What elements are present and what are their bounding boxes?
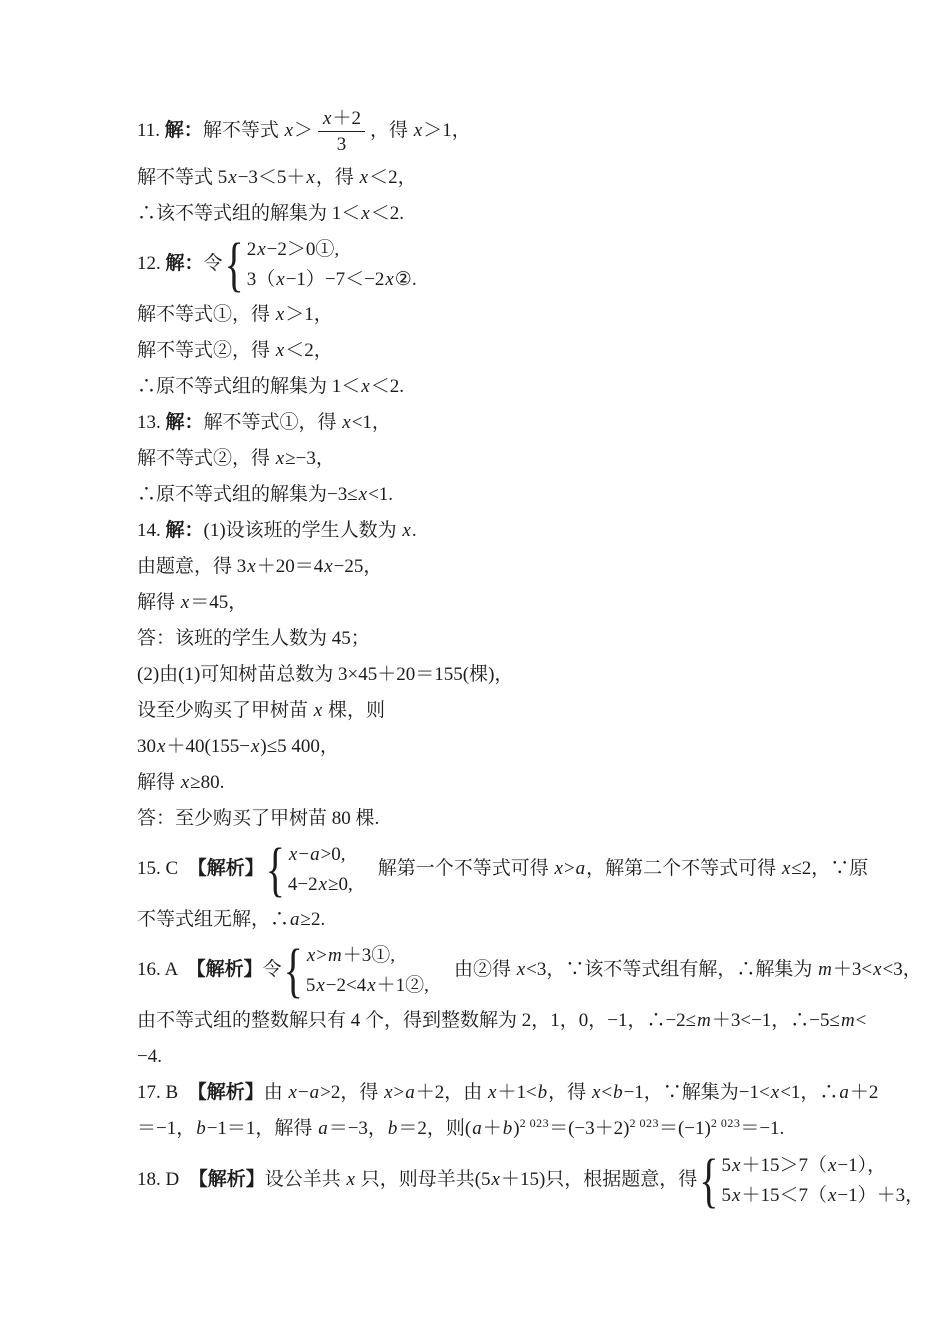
math-variable: x <box>287 1082 297 1103</box>
page: { "page": { "background": "#ffffff", "te… <box>0 0 950 1344</box>
math-variable: b <box>195 1118 207 1139</box>
text-run: 由②得 <box>435 959 516 980</box>
text-run: <3， <box>883 959 922 980</box>
text-line: 解不等式②，得 x＜2， <box>137 338 837 364</box>
text-run: ②. <box>395 269 417 290</box>
math-variable: x <box>487 1082 497 1103</box>
text-run: 3（ <box>247 269 276 290</box>
text-line: 解不等式②，得 x≥−3， <box>137 446 837 472</box>
text-run: ，得 <box>548 1082 591 1103</box>
text-line: ∴原不等式组的解集为 1＜x＜2. <box>137 374 837 400</box>
math-variable: x <box>275 340 285 361</box>
text-run: ，得 <box>370 120 413 141</box>
text-line: 由不等式组的整数解只有 4 个，得到整数解为 2，1，0，−1，∴−2≤m＋3<… <box>137 1008 837 1034</box>
text-run: 30 <box>137 736 156 757</box>
text-run: 14. <box>137 520 166 541</box>
text-run: <1，∴ <box>780 1082 838 1103</box>
text-run: 解不等式②，得 <box>137 340 275 361</box>
text-run: −1）−7＜−2 <box>286 269 385 290</box>
math-variable: x <box>323 556 333 577</box>
equation-row: 3（x−1）−7＜−2x②. <box>247 267 417 292</box>
left-brace-icon: { <box>699 1151 718 1211</box>
math-variable: x <box>359 167 369 188</box>
text-run: −2<4 <box>326 975 366 996</box>
left-brace-icon: { <box>225 235 244 295</box>
text-line: 12. 解：令{2x−2＞0①,3（x−1）−7＜−2x②. <box>137 237 837 292</box>
math-variable: x <box>275 269 285 290</box>
text-run: < <box>601 1082 612 1103</box>
text-run: 解第一个不等式可得 <box>359 858 554 879</box>
equation-system: {x>m＋3①,5x−2<4x＋1②, <box>284 943 429 998</box>
equation-row: x>m＋3①, <box>306 943 429 968</box>
text-line: 17. B 【解析】由 x−a>2，得 x>a＋2，由 x＋1<b，得 x<b−… <box>137 1080 837 1106</box>
text-line: 不等式组无解，∴a≥2. <box>137 907 837 933</box>
math-variable: x <box>516 959 526 980</box>
text-run: ＝−3， <box>329 1118 387 1139</box>
text-run: ＝2，则( <box>398 1118 471 1139</box>
text-run: 解不等式②，得 <box>137 448 275 469</box>
equation-row: x−a>0, <box>288 842 353 867</box>
math-variable: b <box>537 1082 549 1103</box>
text-run: − <box>298 844 309 865</box>
math-variable: x <box>305 167 315 188</box>
text-line: 解不等式 5x−3＜5＋x，得 x＜2， <box>137 165 837 191</box>
math-variable: x <box>360 203 370 224</box>
math-variable: x <box>275 304 285 325</box>
bold-label: 【解析】 <box>197 858 264 879</box>
text-run: −4. <box>137 1046 162 1067</box>
equation-row: 5x＋15＞7（x−1）， <box>722 1153 925 1178</box>
text-run: 5 <box>722 1185 732 1206</box>
text-run: ＋1< <box>497 1082 536 1103</box>
math-variable: b <box>502 1118 514 1139</box>
math-variable: x <box>591 1082 601 1103</box>
text-run: ＋20＝4 <box>257 556 324 577</box>
text-run: 5 <box>306 975 316 996</box>
text-run: 设至少购买了甲树苗 <box>137 700 313 721</box>
equation-rows: 2x−2＞0①,3（x−1）−7＜−2x②. <box>247 237 417 292</box>
text-run: ＋15)只，根据题意，得 <box>501 1169 697 1190</box>
text-line: 由题意，得 3x＋20＝4x−25， <box>137 554 837 580</box>
equation-row: 2x−2＞0①, <box>247 237 417 262</box>
text-run: (2)由(1)可知树苗总数为 3×45＋20＝155(棵)， <box>137 664 513 685</box>
text-run: <1， <box>352 412 391 433</box>
math-variable: x <box>275 448 285 469</box>
text-run: ＜2， <box>285 340 333 361</box>
math-variable: x <box>180 592 190 613</box>
text-run: − <box>298 1082 309 1103</box>
text-run: 解得 <box>137 592 180 613</box>
text-run: 16. A <box>137 959 196 980</box>
text-run: 解得 <box>137 772 180 793</box>
text-line: 答：至少购买了甲树苗 80 棵. <box>137 806 837 832</box>
text-run: ＞ <box>294 120 313 141</box>
math-variable: m <box>840 1010 856 1031</box>
text-run: ＋2 <box>332 108 361 129</box>
math-variable: x <box>250 736 260 757</box>
text-run: 令 <box>263 959 282 980</box>
text-run: 由不等式组的整数解只有 4 个，得到整数解为 2，1，0，−1，∴−2≤ <box>137 1010 696 1031</box>
text-run: ≥0, <box>328 874 353 895</box>
text-line: 解得 x≥80. <box>137 770 837 796</box>
text-run: ＋2 <box>850 1082 879 1103</box>
text-line: 15. C 【解析】{x−a>0,4−2x≥0, 解第一个不等式可得 x>a，解… <box>137 842 837 897</box>
text-run: >2，得 <box>320 1082 383 1103</box>
math-variable: a <box>317 1118 329 1139</box>
text-run: ∴原不等式组的解集为−3≤ <box>137 484 358 505</box>
text-run: ＋ <box>483 1118 502 1139</box>
text-run: 令 <box>204 253 223 274</box>
text-run: >0, <box>321 844 346 865</box>
text-run: < <box>856 1010 867 1031</box>
text-run: 棵，则 <box>323 700 385 721</box>
math-variable: x <box>827 1185 837 1206</box>
text-run: 由 <box>264 1082 288 1103</box>
bold-label: 【解析】 <box>197 1082 264 1103</box>
text-run: −1）＋3， <box>837 1185 924 1206</box>
text-run: ＋2，由 <box>416 1082 487 1103</box>
text-line: 13. 解：解不等式①，得 x<1， <box>137 410 837 436</box>
text-line: ∴原不等式组的解集为−3≤x<1. <box>137 482 837 508</box>
math-variable: x <box>284 120 294 141</box>
text-run: ) <box>513 1118 519 1139</box>
text-run: 13. <box>137 412 166 433</box>
math-variable: x <box>315 975 325 996</box>
text-run: −1）， <box>837 1155 886 1176</box>
bold-label: 解： <box>166 520 204 541</box>
text-run: )≤5 400， <box>260 736 339 757</box>
text-run: . <box>412 520 417 541</box>
math-variable: a <box>404 1082 416 1103</box>
left-brace-icon: { <box>266 840 285 900</box>
bold-label: 【解析】 <box>198 1169 265 1190</box>
math-variable: x <box>346 1169 356 1190</box>
text-run: 解不等式 5 <box>137 167 227 188</box>
equation-row: 5x−2<4x＋1②, <box>306 973 429 998</box>
text-run: 3 <box>337 134 347 155</box>
math-variable: x <box>872 959 882 980</box>
equation-system: {5x＋15＞7（x−1），5x＋15＜7（x−1）＋3， <box>699 1153 924 1208</box>
fraction: x＋23 <box>318 108 365 155</box>
math-variable: x <box>413 120 423 141</box>
math-variable: a <box>575 858 587 879</box>
text-run: ≤2，∵原 <box>791 858 868 879</box>
math-variable: x <box>313 700 323 721</box>
math-variable: x <box>358 484 368 505</box>
math-variable: x <box>384 269 394 290</box>
math-variable: a <box>309 1082 321 1103</box>
text-run: 2 <box>247 239 257 260</box>
text-run: <3，∵该不等式组有解，∴解集为 <box>526 959 817 980</box>
text-run: ∴该不等式组的解集为 1＜ <box>137 203 360 224</box>
superscript-exponent: 2 023 <box>520 1116 550 1130</box>
text-run: 解不等式 <box>203 120 284 141</box>
text-run: ≥80. <box>190 772 224 793</box>
math-variable: m <box>327 945 343 966</box>
text-line: 设至少购买了甲树苗 x 棵，则 <box>137 698 837 724</box>
math-variable: x <box>341 412 351 433</box>
math-variable: a <box>309 844 321 865</box>
bold-label: 【解析】 <box>196 959 263 980</box>
text-run: ＋3<−1，∴−5≤ <box>712 1010 840 1031</box>
text-run: 17. B <box>137 1082 197 1103</box>
fraction-numerator: x＋2 <box>318 108 365 132</box>
math-variable: x <box>554 858 564 879</box>
equation-row: 5x＋15＜7（x−1）＋3， <box>722 1183 925 1208</box>
text-run: 12. <box>137 253 166 274</box>
text-run: ＋3< <box>833 959 872 980</box>
math-variable: a <box>471 1118 483 1139</box>
text-line: 18. D 【解析】设公羊共 x 只，则母羊共(5x＋15)只，根据题意，得{5… <box>137 1153 837 1208</box>
answer-document: 11. 解：解不等式 x＞x＋23，得 x＞1，解不等式 5x−3＜5＋x，得 … <box>137 108 837 1218</box>
text-run: 只，则母羊共(5 <box>356 1169 491 1190</box>
text-run: ＋15＜7（ <box>741 1185 827 1206</box>
text-run: ≥−3， <box>285 448 335 469</box>
bold-label: 解： <box>166 412 204 433</box>
text-run: <1. <box>368 484 393 505</box>
text-run: > <box>564 858 575 879</box>
math-variable: x <box>827 1155 837 1176</box>
math-variable: x <box>731 1155 741 1176</box>
math-variable: x <box>246 556 256 577</box>
equation-system: {x−a>0,4−2x≥0, <box>266 842 353 897</box>
text-run: ＋3①, <box>343 945 395 966</box>
math-variable: x <box>366 975 376 996</box>
text-run: ＝−1. <box>740 1118 784 1139</box>
text-run: 解不等式①，得 <box>137 304 275 325</box>
math-variable: x <box>383 1082 393 1103</box>
text-run: ＞1， <box>285 304 333 325</box>
text-run: 解不等式①，得 <box>204 412 342 433</box>
text-line: 解不等式①，得 x＞1， <box>137 302 837 328</box>
equation-rows: x>m＋3①,5x−2<4x＋1②, <box>306 943 429 998</box>
math-variable: x <box>156 736 166 757</box>
math-variable: x <box>180 772 190 793</box>
text-run: −1，∵解集为−1< <box>624 1082 770 1103</box>
math-variable: x <box>288 844 298 865</box>
text-run: 答：至少购买了甲树苗 80 棵. <box>137 808 379 829</box>
math-variable: b <box>387 1118 399 1139</box>
text-run: ＜2， <box>369 167 417 188</box>
text-line: 11. 解：解不等式 x＞x＋23，得 x＞1， <box>137 108 837 155</box>
equation-rows: 5x＋15＞7（x−1），5x＋15＜7（x−1）＋3， <box>722 1153 925 1208</box>
math-variable: b <box>612 1082 624 1103</box>
math-variable: x <box>322 108 332 129</box>
math-variable: a <box>838 1082 850 1103</box>
text-run: ≥2. <box>301 909 326 930</box>
math-variable: x <box>781 858 791 879</box>
equation-row: 4−2x≥0, <box>288 872 353 897</box>
text-run: 不等式组无解，∴ <box>137 909 289 930</box>
superscript-exponent: 2 023 <box>711 1116 741 1130</box>
text-run: > <box>394 1082 405 1103</box>
text-run: −2＞0①, <box>267 239 339 260</box>
text-run: ＋15＞7（ <box>741 1155 827 1176</box>
text-run: ＋1②, <box>377 975 429 996</box>
text-run: ＝45， <box>190 592 247 613</box>
text-line: 14. 解：(1)设该班的学生人数为 x. <box>137 518 837 544</box>
math-variable: x <box>306 945 316 966</box>
text-run: (1)设该班的学生人数为 <box>204 520 402 541</box>
text-line: 答：该班的学生人数为 45； <box>137 626 837 652</box>
text-run: ，得 <box>316 167 359 188</box>
text-run: 4−2 <box>288 874 318 895</box>
math-variable: a <box>289 909 301 930</box>
text-run: 11. <box>137 120 165 141</box>
fraction-denominator: 3 <box>337 132 347 155</box>
text-run: ＜2. <box>371 376 404 397</box>
math-variable: x <box>401 520 411 541</box>
bold-label: 解： <box>165 120 203 141</box>
text-run: ＝−1， <box>137 1118 195 1139</box>
math-variable: x <box>256 239 266 260</box>
text-run: ＞1， <box>423 120 471 141</box>
text-run: ，解第二个不等式可得 <box>586 858 781 879</box>
text-line: (2)由(1)可知树苗总数为 3×45＋20＝155(棵)， <box>137 662 837 688</box>
math-variable: m <box>817 959 833 980</box>
math-variable: x <box>360 376 370 397</box>
text-run: 设公羊共 <box>265 1169 346 1190</box>
text-run: ＝(−1) <box>659 1118 711 1139</box>
superscript-exponent: 2 023 <box>629 1116 659 1130</box>
text-run: 5 <box>722 1155 732 1176</box>
text-run: 15. C <box>137 858 197 879</box>
text-run: ＜2. <box>371 203 404 224</box>
text-line: ∴该不等式组的解集为 1＜x＜2. <box>137 201 837 227</box>
math-variable: x <box>731 1185 741 1206</box>
bold-label: 解： <box>166 253 204 274</box>
text-run: 答：该班的学生人数为 45； <box>137 628 370 649</box>
text-run: −25， <box>334 556 383 577</box>
text-line: 解得 x＝45， <box>137 590 837 616</box>
text-line: 30x＋40(155−x)≤5 400， <box>137 734 837 760</box>
text-run: ＝(−3＋2) <box>549 1118 629 1139</box>
math-variable: x <box>491 1169 501 1190</box>
text-run: −1＝1，解得 <box>207 1118 317 1139</box>
text-run: ∴原不等式组的解集为 1＜ <box>137 376 360 397</box>
text-run: −3＜5＋ <box>238 167 306 188</box>
text-line: ＝−1，b−1＝1，解得 a＝−3，b＝2，则(a＋b)2 023＝(−3＋2)… <box>137 1116 837 1143</box>
text-run: ＋40(155− <box>166 736 250 757</box>
text-run: 18. D <box>137 1169 198 1190</box>
text-line: −4. <box>137 1044 837 1070</box>
math-variable: x <box>318 874 328 895</box>
math-variable: x <box>770 1082 780 1103</box>
math-variable: x <box>227 167 237 188</box>
equation-rows: x−a>0,4−2x≥0, <box>288 842 353 897</box>
math-variable: m <box>696 1010 712 1031</box>
left-brace-icon: { <box>284 941 303 1001</box>
text-line: 16. A 【解析】令{x>m＋3①,5x−2<4x＋1②, 由②得 x<3，∵… <box>137 943 837 998</box>
equation-system: {2x−2＞0①,3（x−1）−7＜−2x②. <box>225 237 417 292</box>
text-run: 由题意，得 3 <box>137 556 246 577</box>
text-run: > <box>316 945 327 966</box>
